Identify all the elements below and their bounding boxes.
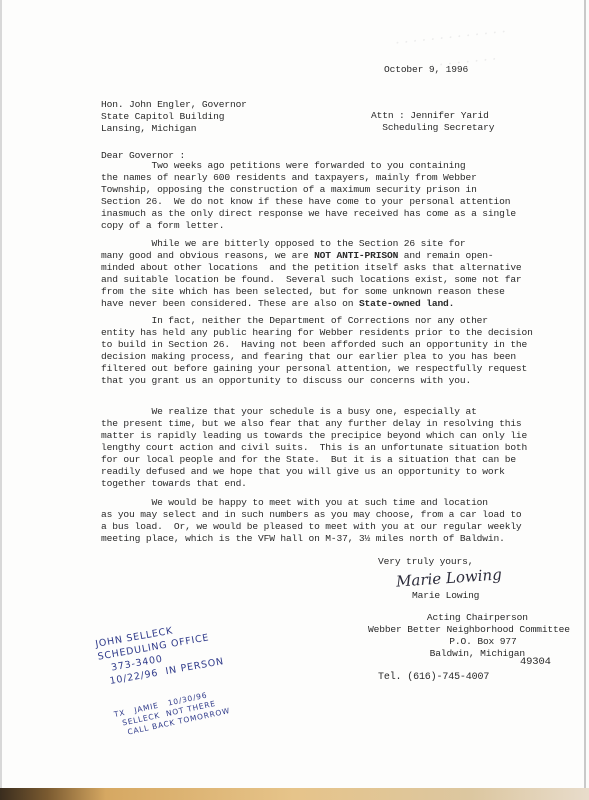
attention-line-2: Scheduling Secretary	[382, 122, 494, 133]
body-paragraph-3: In fact, neither the Department of Corre…	[101, 315, 533, 387]
body-paragraph-1: Two weeks ago petitions were forwarded t…	[101, 160, 516, 232]
recipient-address: Hon. John Engler, Governor State Capitol…	[101, 99, 247, 135]
closing: Very truly yours,	[378, 556, 473, 568]
body-paragraph-4: We realize that your schedule is a busy …	[101, 406, 527, 490]
recipient-line-1: Hon. John Engler, Governor	[101, 99, 247, 110]
body-paragraph-2: While we are bitterly opposed to the Sec…	[101, 238, 522, 310]
recipient-line-2: State Capitol Building	[101, 111, 224, 122]
desk-surface	[0, 788, 589, 800]
bleed-through-text: · · · · · · · · · · · · ·	[394, 24, 506, 52]
handwritten-note-followup: TX Jamie 10/30/96 Selleck not there call…	[113, 686, 231, 739]
letter-date: October 9, 1996	[384, 64, 468, 76]
handwritten-signature: Marie Lowing	[396, 565, 503, 590]
signer-organization: Acting Chairperson Webber Better Neighbo…	[368, 612, 570, 660]
body-paragraph-5: We would be happy to meet with you at su…	[101, 497, 522, 545]
recipient-line-3: Lansing, Michigan	[101, 123, 196, 134]
telephone-number: Tel. (616)-745-4007	[378, 672, 489, 684]
zip-code: 49304	[520, 656, 551, 668]
page-edge	[0, 0, 2, 788]
signer-name: Marie Lowing	[412, 590, 479, 602]
handwritten-note-scheduling: John Selleck Scheduling Office 373-3400 …	[94, 617, 225, 690]
attention-line-1: Attn : Jennifer Yarid	[371, 110, 489, 121]
letter-page: · · · · · · · · · · · · · · · · · · · · …	[0, 0, 586, 788]
attention-block: Attn : Jennifer Yarid Scheduling Secreta…	[371, 110, 494, 134]
